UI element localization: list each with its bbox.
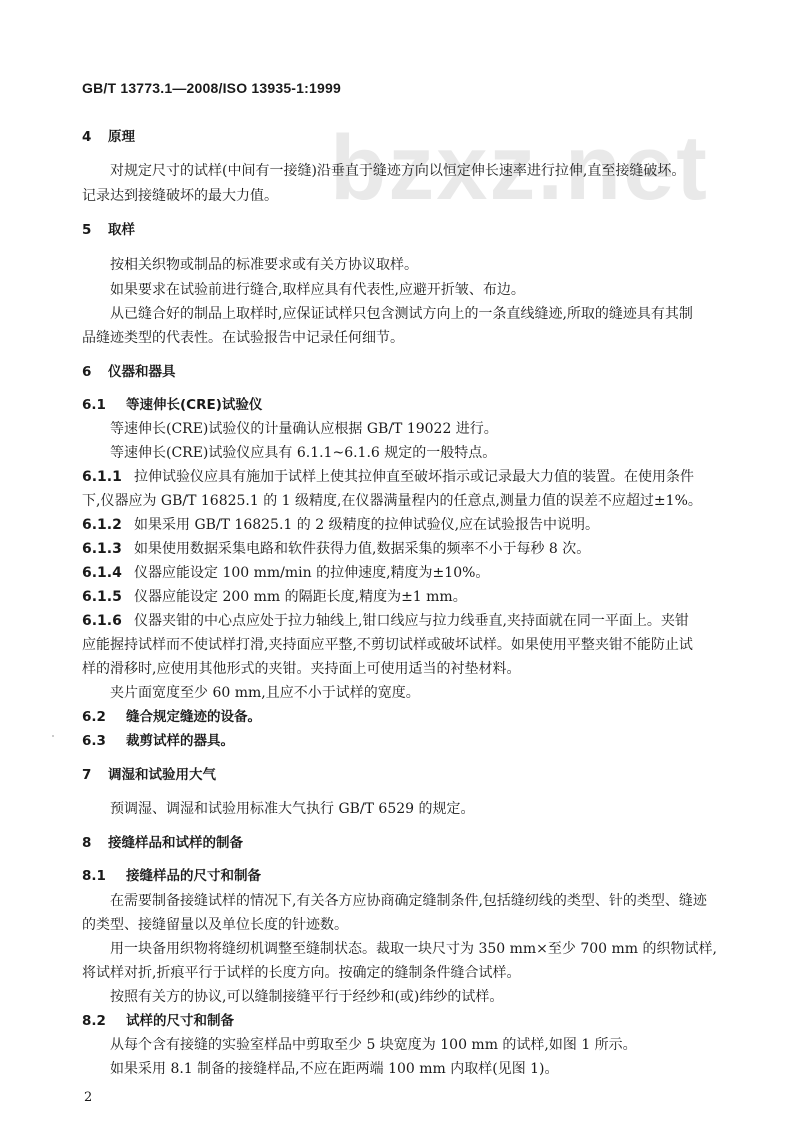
subsection-8-2-heading: 8.2试样的尺寸和制备 — [82, 1012, 234, 1030]
clause-number: 6.1.3 — [82, 540, 134, 558]
subsection-number: 6.3 — [82, 732, 126, 750]
paragraph: 夹片面宽度至少 60 mm,且应不小于试样的宽度。 — [82, 684, 420, 702]
clause-continuation: 样的滑移时,应使用其他形式的夹钳。夹持面上可使用适当的衬垫材料。 — [82, 660, 520, 678]
section-8-heading: 8接缝样品和试样的制备 — [82, 834, 243, 852]
section-number: 6 — [82, 363, 108, 381]
section-7-heading: 7调湿和试验用大气 — [82, 766, 216, 784]
subsection-8-1-heading: 8.1接缝样品的尺寸和制备 — [82, 867, 261, 885]
standard-header: GB/T 13773.1—2008/ISO 13935-1:1999 — [82, 80, 341, 96]
clause-6-1-6: 6.1.6仪器夹钳的中心点应处于拉力轴线上,钳口线应与拉力线垂直,夹持面就在同一… — [82, 612, 689, 630]
section-5-heading: 5取样 — [82, 221, 135, 239]
section-6-heading: 6仪器和器具 — [82, 363, 176, 381]
clause-continuation: 下,仪器应为 GB/T 16825.1 的 1 级精度,在仪器满量程内的任意点,… — [82, 492, 702, 510]
clause-6-1-3: 6.1.3如果使用数据采集电路和软件获得力值,数据采集的频率不小于每秒 8 次。 — [82, 540, 590, 558]
section-title: 仪器和器具 — [108, 364, 176, 380]
paragraph: 按相关织物或制品的标准要求或有关方协议取样。 — [82, 256, 418, 274]
clause-number: 6.1.1 — [82, 468, 134, 486]
section-number: 8 — [82, 834, 108, 852]
clause-6-1-4: 6.1.4仪器应能设定 100 mm/min 的拉伸速度,精度为±10%。 — [82, 564, 489, 582]
section-title: 接缝样品和试样的制备 — [108, 835, 243, 851]
subsection-number: 6.1 — [82, 396, 126, 414]
subsection-number: 6.2 — [82, 708, 126, 726]
scan-speck — [52, 735, 54, 737]
paragraph: 如果要求在试验前进行缝合,取样应具有代表性,应避开折皱、布边。 — [82, 281, 525, 299]
section-title: 取样 — [108, 222, 135, 238]
subsection-title: 缝合规定缝迹的设备。 — [126, 709, 261, 725]
paragraph: 等速伸长(CRE)试验仪应具有 6.1.1~6.1.6 规定的一般特点。 — [82, 444, 496, 462]
clause-number: 6.1.6 — [82, 612, 134, 630]
subsection-6-2: 6.2缝合规定缝迹的设备。 — [82, 708, 261, 726]
section-title: 原理 — [108, 129, 135, 145]
subsection-number: 8.1 — [82, 867, 126, 885]
clause-continuation: 应能握持试样而不使试样打滑,夹持面应平整,不剪切试样或破坏试样。如果使用平整夹钳… — [82, 636, 693, 654]
paragraph: 预调湿、调湿和试验用标准大气执行 GB/T 6529 的规定。 — [82, 800, 475, 818]
subsection-title: 接缝样品的尺寸和制备 — [126, 868, 261, 884]
clause-number: 6.1.2 — [82, 516, 134, 534]
paragraph: 如果采用 8.1 制备的接缝样品,不应在距两端 100 mm 内取样(见图 1)… — [82, 1060, 559, 1078]
paragraph: 用一块备用织物将缝纫机调整至缝制状态。裁取一块尺寸为 350 mm×至少 700… — [82, 940, 717, 958]
paragraph: 从已缝合好的制品上取样时,应保证试样只包含测试方向上的一条直线缝迹,所取的缝迹具… — [82, 305, 693, 323]
section-number: 4 — [82, 128, 108, 146]
section-number: 5 — [82, 221, 108, 239]
page-number: 2 — [84, 1090, 92, 1105]
clause-text: 仪器应能设定 200 mm 的隔距长度,精度为±1 mm。 — [134, 589, 467, 605]
subsection-number: 8.2 — [82, 1012, 126, 1030]
clause-text: 拉伸试验仪应具有施加于试样上使其拉伸直至破坏指示或记录最大力值的装置。在使用条件 — [134, 469, 694, 485]
section-4-heading: 4原理 — [82, 128, 135, 146]
paragraph: 等速伸长(CRE)试验仪的计量确认应根据 GB/T 19022 进行。 — [82, 420, 498, 438]
section-number: 7 — [82, 766, 108, 784]
clause-number: 6.1.5 — [82, 588, 134, 606]
paragraph-continuation: 品缝迹类型的代表性。在试验报告中记录任何细节。 — [82, 329, 404, 347]
paragraph-continuation: 将试样对折,折痕平行于试样的长度方向。按确定的缝制条件缝合试样。 — [82, 964, 520, 982]
subsection-title: 试样的尺寸和制备 — [126, 1013, 234, 1029]
clause-6-1-2: 6.1.2如果采用 GB/T 16825.1 的 2 级精度的拉伸试验仪,应在试… — [82, 516, 599, 534]
paragraph-continuation: 的类型、接缝留量以及单位长度的针迹数。 — [82, 916, 348, 934]
clause-text: 仪器夹钳的中心点应处于拉力轴线上,钳口线应与拉力线垂直,夹持面就在同一平面上。夹… — [134, 613, 689, 629]
clause-number: 6.1.4 — [82, 564, 134, 582]
document-page: bzxz.net GB/T 13773.1—2008/ISO 13935-1:1… — [0, 0, 800, 1125]
clause-6-1-5: 6.1.5仪器应能设定 200 mm 的隔距长度,精度为±1 mm。 — [82, 588, 467, 606]
paragraph-continuation: 记录达到接缝破坏的最大力值。 — [82, 187, 278, 205]
paragraph: 对规定尺寸的试样(中间有一接缝)沿垂直于缝迹方向以恒定伸长速率进行拉伸,直至接缝… — [82, 162, 685, 180]
subsection-6-1-heading: 6.1等速伸长(CRE)试验仪 — [82, 396, 262, 414]
paragraph: 按照有关方的协议,可以缝制接缝平行于经纱和(或)纬纱的试样。 — [82, 988, 503, 1006]
paragraph: 在需要制备接缝试样的情况下,有关各方应协商确定缝制条件,包括缝纫线的类型、针的类… — [82, 892, 707, 910]
clause-6-1-1: 6.1.1拉伸试验仪应具有施加于试样上使其拉伸直至破坏指示或记录最大力值的装置。… — [82, 468, 694, 486]
paragraph: 从每个含有接缝的实验室样品中剪取至少 5 块宽度为 100 mm 的试样,如图 … — [82, 1036, 637, 1054]
clause-text: 仪器应能设定 100 mm/min 的拉伸速度,精度为±10%。 — [134, 565, 489, 581]
subsection-title: 裁剪试样的器具。 — [126, 733, 234, 749]
section-title: 调湿和试验用大气 — [108, 767, 216, 783]
clause-text: 如果使用数据采集电路和软件获得力值,数据采集的频率不小于每秒 8 次。 — [134, 541, 590, 557]
subsection-6-3: 6.3裁剪试样的器具。 — [82, 732, 234, 750]
clause-text: 如果采用 GB/T 16825.1 的 2 级精度的拉伸试验仪,应在试验报告中说… — [134, 517, 599, 533]
subsection-title: 等速伸长(CRE)试验仪 — [126, 397, 262, 413]
